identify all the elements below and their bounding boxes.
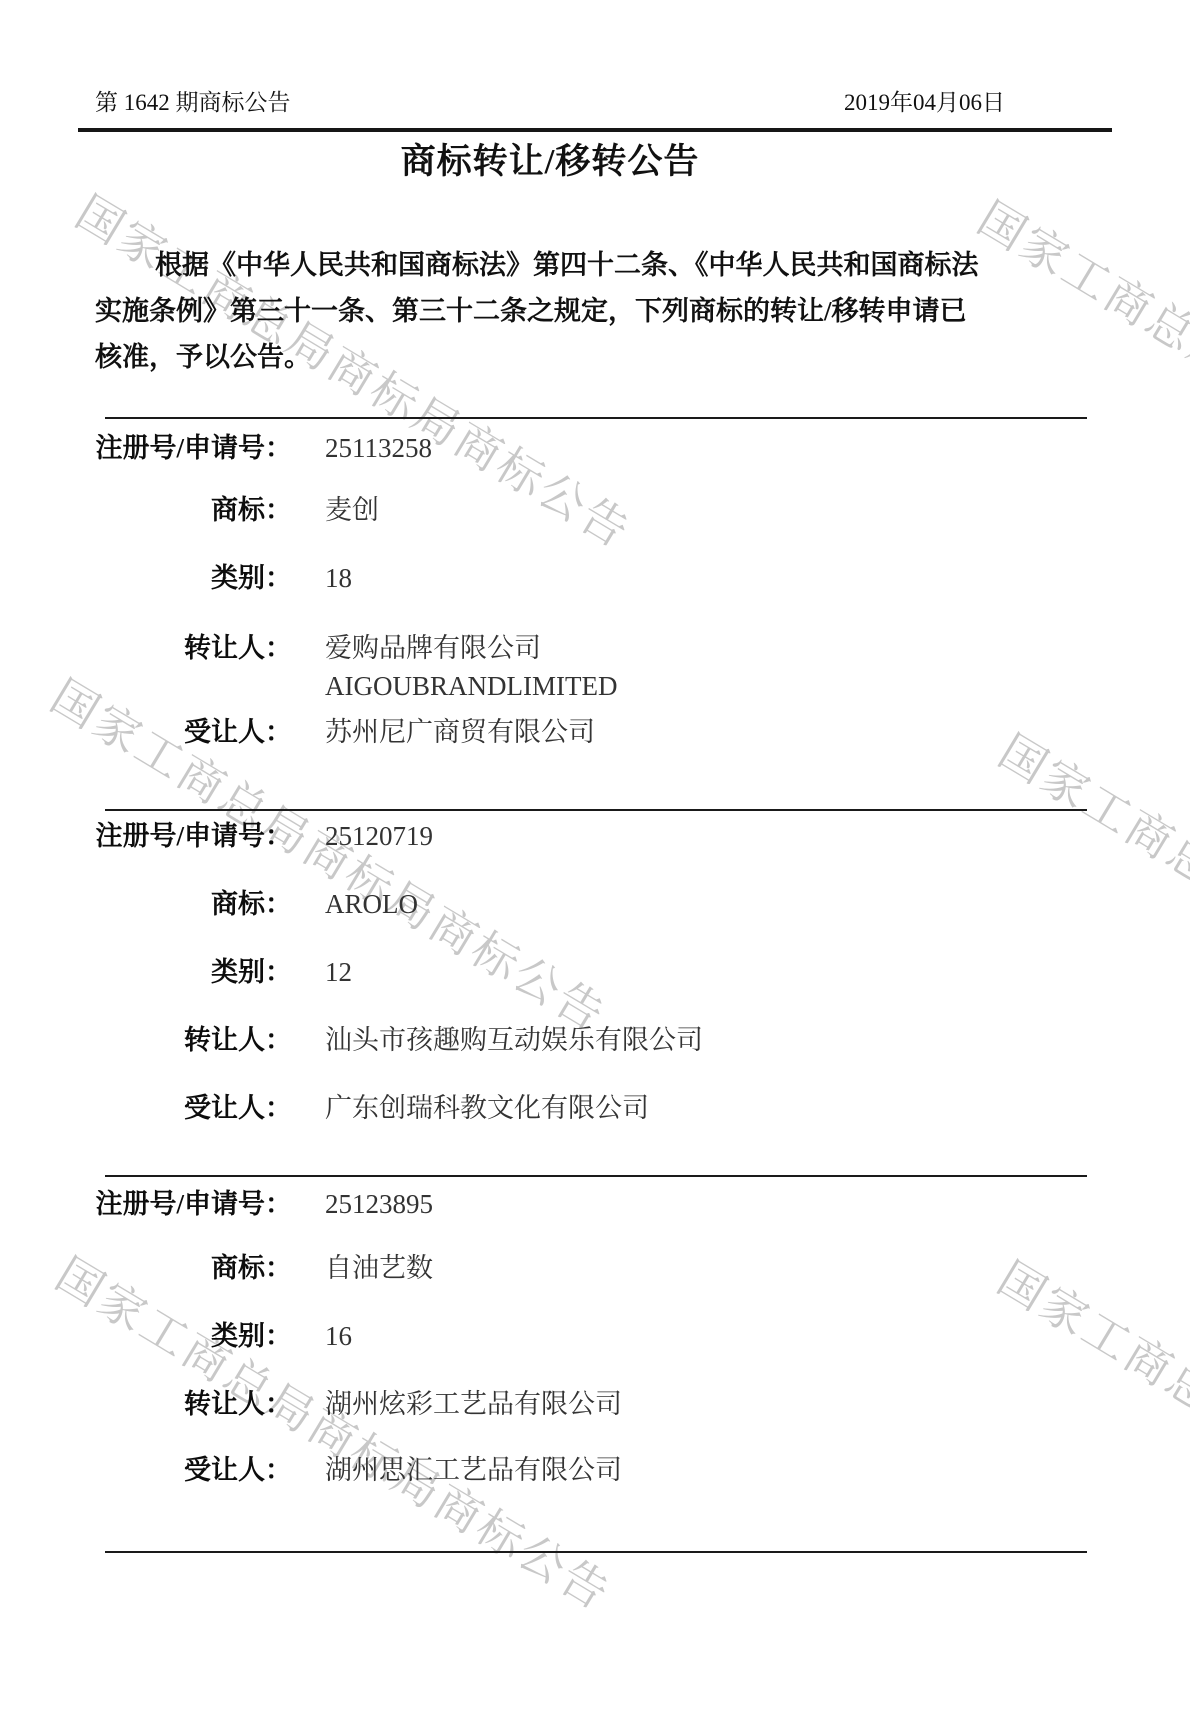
intro-line: 核准，予以公告。 <box>95 334 1010 380</box>
field-row-reg-no: 注册号/申请号：25123895 <box>95 1189 433 1219</box>
assignor-name-cn: 爱购品牌有限公司 <box>325 633 617 663</box>
closing-rule <box>105 1551 1087 1553</box>
field-row-assignee: 受让人：湖州思汇工艺品有限公司 <box>95 1455 622 1485</box>
field-label: 类别： <box>95 563 292 593</box>
field-label: 转让人： <box>95 1389 292 1419</box>
field-value: 湖州炫彩工艺品有限公司 <box>325 1389 622 1419</box>
field-value: 12 <box>325 957 352 987</box>
field-row-assignor: 转让人：汕头市孩趣购互动娱乐有限公司 <box>95 1025 703 1055</box>
field-row-reg-no: 注册号/申请号：25113258 <box>95 433 432 463</box>
field-row-trademark: 商标：AROLO <box>95 889 418 919</box>
field-value: 25120719 <box>325 821 433 851</box>
field-label: 注册号/申请号： <box>95 821 292 851</box>
assignor-name-en: AIGOUBRANDLIMITED <box>325 671 617 701</box>
field-value: 爱购品牌有限公司AIGOUBRANDLIMITED <box>325 633 617 709</box>
field-label: 商标： <box>95 889 292 919</box>
record-rule <box>105 417 1087 419</box>
field-row-assignee: 受让人：苏州尼广商贸有限公司 <box>95 717 595 747</box>
field-row-trademark: 商标：麦创 <box>95 495 379 525</box>
document-content: 第 1642 期商标公告 2019年04月06日 商标转让/移转公告 根据《中华… <box>0 0 1190 1714</box>
intro-line: 根据《中华人民共和国商标法》第四十二条、《中华人民共和国商标法 <box>95 242 1010 288</box>
record-rule <box>105 809 1087 811</box>
intro-paragraph: 根据《中华人民共和国商标法》第四十二条、《中华人民共和国商标法 实施条例》第三十… <box>95 242 1010 380</box>
field-label: 受让人： <box>95 1455 292 1485</box>
field-value: 汕头市孩趣购互动娱乐有限公司 <box>325 1025 703 1055</box>
field-label: 商标： <box>95 495 292 525</box>
record-rule <box>105 1175 1087 1177</box>
field-value: 苏州尼广商贸有限公司 <box>325 717 595 747</box>
field-row-class: 类别：16 <box>95 1321 352 1351</box>
field-label: 转让人： <box>95 1025 292 1055</box>
field-label: 类别： <box>95 1321 292 1351</box>
field-row-assignor: 转让人：爱购品牌有限公司AIGOUBRANDLIMITED <box>95 633 617 663</box>
field-value: 16 <box>325 1321 352 1351</box>
field-value: 湖州思汇工艺品有限公司 <box>325 1455 622 1485</box>
field-row-trademark: 商标：自油艺数 <box>95 1253 433 1283</box>
field-row-assignee: 受让人：广东创瑞科教文化有限公司 <box>95 1093 649 1123</box>
field-label: 受让人： <box>95 1093 292 1123</box>
gazette-page: 国家工商总局商标局商标公告 国家工商总局商标局商标公告 国家工商总局商标局商标公… <box>0 0 1190 1714</box>
header-rule <box>78 128 1112 132</box>
field-label: 商标： <box>95 1253 292 1283</box>
field-row-class: 类别：18 <box>95 563 352 593</box>
field-value: 广东创瑞科教文化有限公司 <box>325 1093 649 1123</box>
page-header: 第 1642 期商标公告 2019年04月06日 <box>95 84 1005 114</box>
gazette-issue-number: 第 1642 期商标公告 <box>95 84 291 117</box>
field-label: 类别： <box>95 957 292 987</box>
gazette-date: 2019年04月06日 <box>844 84 1005 117</box>
field-label: 注册号/申请号： <box>95 1189 292 1219</box>
field-label: 受让人： <box>95 717 292 747</box>
field-value: 25113258 <box>325 433 432 463</box>
field-row-reg-no: 注册号/申请号：25120719 <box>95 821 433 851</box>
field-label: 转让人： <box>95 633 292 663</box>
field-value: 18 <box>325 563 352 593</box>
field-value: AROLO <box>325 889 418 919</box>
field-value: 25123895 <box>325 1189 433 1219</box>
intro-line: 实施条例》第三十一条、第三十二条之规定，下列商标的转让/移转申请已 <box>95 288 1010 334</box>
field-row-assignor: 转让人：湖州炫彩工艺品有限公司 <box>95 1389 622 1419</box>
field-label: 注册号/申请号： <box>95 433 292 463</box>
field-value: 自油艺数 <box>325 1253 433 1283</box>
page-title: 商标转让/移转公告 <box>95 134 1005 184</box>
field-value: 麦创 <box>325 495 379 525</box>
field-row-class: 类别：12 <box>95 957 352 987</box>
